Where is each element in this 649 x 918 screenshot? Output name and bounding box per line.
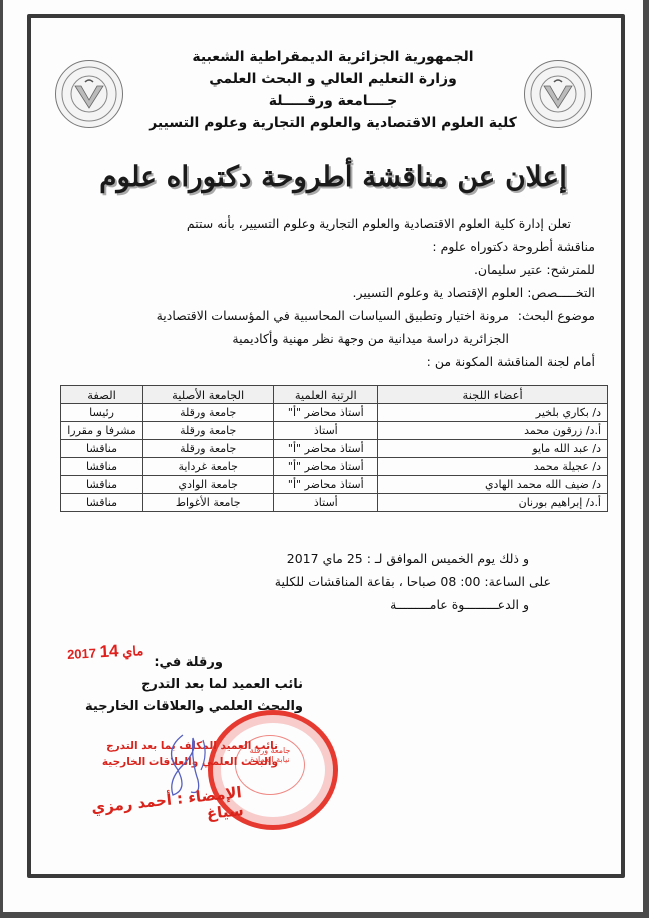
member-name: أ.د/ زرقون محمد: [378, 422, 608, 440]
table-header-row: أعضاء اللجنة الرتبة العلمية الجامعة الأص…: [61, 386, 608, 404]
intro-line-2: مناقشة أطروحة دكتوراه علوم :: [75, 235, 595, 258]
table-row: د/ بكاري بلخير أستاذ محاضر "أ" جامعة ورق…: [61, 404, 608, 422]
topic-line-1: مرونة اختيار وتطبيق السياسات المحاسبية ف…: [157, 308, 509, 323]
table-row: أ.د/ زرقون محمد أستاذ جامعة ورقلة مشرفا …: [61, 422, 608, 440]
candidate-line: للمترشح: عتير سليمان.: [75, 258, 595, 281]
candidate-label: للمترشح:: [546, 258, 595, 281]
member-university: جامعة غرداية: [143, 458, 274, 476]
signatory-block: ورقلة في: نائب العميد لما بعد التدرج وال…: [63, 652, 303, 718]
member-rank: أستاذ: [274, 422, 378, 440]
member-university: جامعة ورقلة: [143, 422, 274, 440]
member-role: رئيسا: [61, 404, 143, 422]
member-name: د/ بكاري بلخير: [378, 404, 608, 422]
header-university: الجامعة الأصلية: [143, 386, 274, 404]
issue-place: ورقلة في:: [63, 652, 303, 674]
committee-intro: أمام لجنة المناقشة المكونة من :: [75, 350, 595, 373]
specialty-label: التخـــــصص:: [527, 281, 595, 304]
university-logo-icon: [59, 64, 119, 124]
faculty-name: كلية العلوم الاقتصادية والعلوم التجارية …: [143, 112, 523, 134]
member-role: مناقشا: [61, 494, 143, 512]
header-rank: الرتبة العلمية: [274, 386, 378, 404]
specialty-line: التخـــــصص: العلوم الإقتصاد ية وعلوم ال…: [75, 281, 595, 304]
member-university: جامعة ورقلة: [143, 404, 274, 422]
header-role: الصفة: [61, 386, 143, 404]
member-rank: أستاذ محاضر "أ": [274, 476, 378, 494]
intro-line-1: تعلن إدارة كلية العلوم الاقتصادية والعلو…: [75, 212, 595, 235]
topic-line: موضوع البحث: مرونة اختيار وتطبيق السياسا…: [75, 304, 595, 327]
ministry-name: وزارة التعليم العالي و البحث العلمي: [143, 68, 523, 90]
member-role: مشرفا و مقررا: [61, 422, 143, 440]
member-university: جامعة الوادي: [143, 476, 274, 494]
member-name: د/ ضيف الله محمد الهادي: [378, 476, 608, 494]
announcement-title: إعلان عن مناقشة أطروحة دكتوراه علوم: [93, 160, 573, 193]
republic-name: الجمهورية الجزائرية الديمقراطية الشعبية: [143, 46, 523, 68]
university-logo-icon: [528, 64, 588, 124]
university-name: جــــامعة ورقـــــلة: [143, 90, 523, 112]
document-page: الجمهورية الجزائرية الديمقراطية الشعبية …: [3, 0, 643, 912]
candidate-name: عتير سليمان.: [474, 262, 542, 277]
member-name: د/ عجيلة محمد: [378, 458, 608, 476]
committee-table: أعضاء اللجنة الرتبة العلمية الجامعة الأص…: [60, 385, 608, 512]
member-university: جامعة ورقلة: [143, 440, 274, 458]
table-row: د/ عجيلة محمد أستاذ محاضر "أ" جامعة غردا…: [61, 458, 608, 476]
member-role: مناقشا: [61, 458, 143, 476]
header-members: أعضاء اللجنة: [378, 386, 608, 404]
university-logo-left: [55, 60, 123, 128]
member-role: مناقشا: [61, 476, 143, 494]
date-line: و ذلك يوم الخميس الموافق لـ : 25 ماي 201…: [111, 547, 551, 570]
specialty-value: العلوم الإقتصاد ية وعلوم التسيير.: [352, 285, 523, 300]
member-rank: أستاذ محاضر "أ": [274, 458, 378, 476]
topic-label: موضوع البحث:: [513, 304, 595, 327]
member-rank: أستاذ: [274, 494, 378, 512]
member-rank: أستاذ محاضر "أ": [274, 440, 378, 458]
university-logo-right: [524, 60, 592, 128]
member-name: د/ عبد الله مايو: [378, 440, 608, 458]
invitation-line: و الدعـــــــــوة عامـــــــــة: [111, 593, 551, 616]
topic-line-2: الجزائرية دراسة ميدانية من وجهة نظر مهني…: [75, 327, 595, 350]
member-rank: أستاذ محاضر "أ": [274, 404, 378, 422]
signatory-title-1: نائب العميد لما بعد التدرج: [63, 674, 303, 696]
document-header: الجمهورية الجزائرية الديمقراطية الشعبية …: [143, 46, 523, 134]
member-role: مناقشا: [61, 440, 143, 458]
member-university: جامعة الأغواط: [143, 494, 274, 512]
table-row: د/ عبد الله مايو أستاذ محاضر "أ" جامعة و…: [61, 440, 608, 458]
member-name: أ.د/ إبراهيم بورنان: [378, 494, 608, 512]
schedule-block: و ذلك يوم الخميس الموافق لـ : 25 ماي 201…: [111, 547, 551, 616]
table-row: أ.د/ إبراهيم بورنان أستاذ جامعة الأغواط …: [61, 494, 608, 512]
time-line: على الساعة: 00: 08 صباحا ، بقاعة المناقش…: [111, 570, 551, 593]
announcement-body: تعلن إدارة كلية العلوم الاقتصادية والعلو…: [75, 212, 595, 373]
table-row: د/ ضيف الله محمد الهادي أستاذ محاضر "أ" …: [61, 476, 608, 494]
